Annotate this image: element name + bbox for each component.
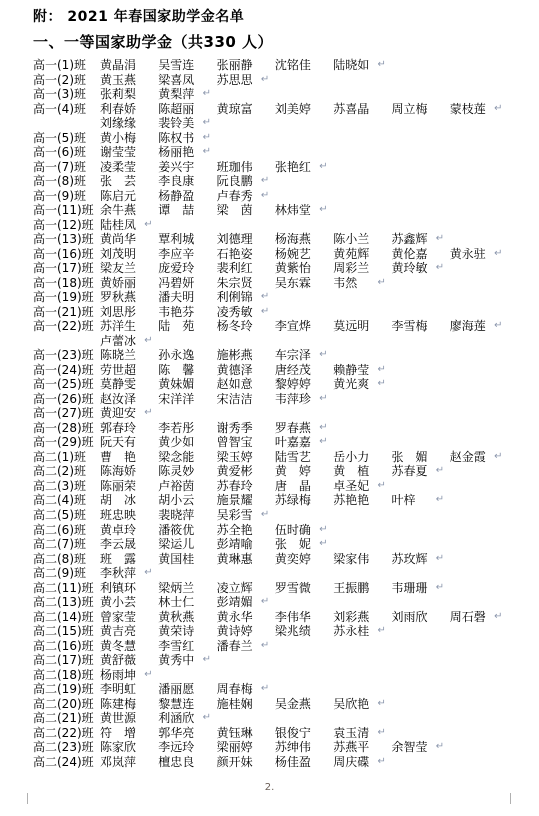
table-row: 高一(18)班黄娇丽冯碧妍朱宗贤吴东霖韦然↵ (33, 276, 533, 291)
student-name: 黄德泽 (217, 363, 275, 378)
paragraph-mark-icon: ↵ (319, 435, 327, 450)
student-name: 裴利红 (217, 261, 275, 276)
table-row: 高二(22)班符 增郭华亮黄钰琳银俊宁袁玉清↵ (33, 726, 533, 741)
table-row: 高二(19)班李明虹潘丽愿周春梅↵ (33, 682, 533, 697)
paragraph-mark-icon: ↵ (494, 247, 502, 262)
class-label: 高二(23)班 (33, 740, 100, 755)
student-name: 王振鹏 (333, 581, 391, 596)
table-row: 高二(3)班陈丽荣卢裕茵苏春玲唐 晶卓圣妃↵ (33, 479, 533, 494)
student-name: 潘丽愿 (158, 682, 216, 697)
student-name: 陈灵妙 (158, 464, 216, 479)
student-name: 曾智宝 (217, 435, 275, 450)
student-name: 颜开妹 (217, 755, 275, 770)
class-label: 高二(21)班 (33, 711, 100, 726)
student-name: 黄奕婷 (275, 552, 333, 567)
class-label: 高二(24)班 (33, 755, 100, 770)
table-row: 高一(26)班赵汝泽宋洋洋宋洁洁韦萍珍↵ (33, 392, 533, 407)
table-row: 高二(13)班黄小芸林士仁彭靖媚↵ (33, 595, 533, 610)
student-name: 刘思彤 (100, 305, 158, 320)
student-name: 冯碧妍 (158, 276, 216, 291)
table-row: 高一(1)班黄晶涓吴雪连张丽静沈铭佳陆晓如↵ (33, 58, 533, 73)
table-row: 高一(12)班陆桂凤↵ (33, 218, 533, 233)
class-label: 高一(8)班 (33, 174, 100, 189)
student-name: 杨冬玲 (217, 319, 275, 334)
class-label: 高二(5)班 (33, 508, 100, 523)
student-name: 石艳姿 (217, 247, 275, 262)
student-name: 宋洋洋 (158, 392, 216, 407)
margin-crop-mark-left (27, 793, 28, 804)
table-row: 高一(6)班谢莹莹杨丽艳↵ (33, 145, 533, 160)
paragraph-mark-icon: ↵ (203, 145, 211, 160)
table-row: 高一(8)班张 芸李良康阮良鹏↵ (33, 174, 533, 189)
table-row: 高一(25)班莫静雯黄妹媚赵如意黎婷婷黄光爽↵ (33, 377, 533, 392)
student-name: 莫静雯 (100, 377, 158, 392)
class-label: 高二(9)班 (33, 566, 100, 581)
class-label: 高一(19)班 (33, 290, 100, 305)
student-name: 黎慧连 (158, 697, 216, 712)
student-name: 施景耀 (217, 493, 275, 508)
class-label: 高一(25)班 (33, 377, 100, 392)
student-name: 胡 冰 (100, 493, 158, 508)
student-name: 梁念能 (158, 450, 216, 465)
paragraph-mark-icon: ↵ (144, 334, 152, 349)
student-name: 彭靖喻 (217, 537, 275, 552)
student-name: 杨海燕 (275, 232, 333, 247)
table-row: 高一(5)班黄小梅陈权书↵ (33, 131, 533, 146)
student-name: 庞爱玲 (158, 261, 216, 276)
student-name: 黄舒薇 (100, 653, 158, 668)
student-name: 黄娇丽 (100, 276, 158, 291)
class-label: 高二(4)班 (33, 493, 100, 508)
paragraph-mark-icon: ↵ (377, 624, 385, 639)
class-label: 高一(11)班 (33, 203, 100, 218)
class-label: 高二(19)班 (33, 682, 100, 697)
document-page: 附： 2021 年春国家助学金名单 一、一等国家助学金（共330 人） 高一(1… (0, 0, 539, 816)
paragraph-mark-icon: ↵ (203, 131, 211, 146)
paragraph-mark-icon: ↵ (436, 261, 444, 276)
table-row: 高一(27)班黄迎安↵ (33, 406, 533, 421)
table-row: 高一(2)班黄玉燕梁喜凤苏思思↵ (33, 73, 533, 88)
paragraph-mark-icon: ↵ (319, 421, 327, 436)
paragraph-mark-icon: ↵ (261, 73, 269, 88)
student-name: 班珈伟 (217, 160, 275, 175)
student-name: 黄国桂 (158, 552, 216, 567)
student-name: 班忠映 (100, 508, 158, 523)
student-name: 张 媚 (391, 450, 449, 465)
student-name: 黄诗婷 (217, 624, 275, 639)
class-label: 高二(7)班 (33, 537, 100, 552)
student-name: 黄琼富 (217, 102, 275, 117)
table-row: 高二(21)班黄世源利涵欣↵ (33, 711, 533, 726)
table-row: 高一(17)班梁友兰庞爱玲裴利红黄紫怡周彩兰黄玲敏↵ (33, 261, 533, 276)
paragraph-mark-icon: ↵ (436, 552, 444, 567)
student-name: 利镇环 (100, 581, 158, 596)
paragraph-mark-icon: ↵ (261, 305, 269, 320)
class-label: 高二(22)班 (33, 726, 100, 741)
student-name: 刘美婷 (275, 102, 333, 117)
paragraph-mark-icon: ↵ (494, 319, 502, 334)
student-name: 黄卓玲 (100, 523, 158, 538)
student-name: 陈家欣 (100, 740, 158, 755)
table-row: 高一(13)班黄尚华覃利城刘德理杨海燕陈小兰苏鑫辉↵ (33, 232, 533, 247)
student-name: 李良康 (158, 174, 216, 189)
student-name: 符 增 (100, 726, 158, 741)
student-name: 黎婷婷 (275, 377, 333, 392)
student-name: 陈海娇 (100, 464, 158, 479)
student-name: 邓岚萍 (100, 755, 158, 770)
paragraph-mark-icon: ↵ (261, 290, 269, 305)
student-name: 赵如意 (217, 377, 275, 392)
student-name: 黄世源 (100, 711, 158, 726)
student-name: 黄琳惠 (217, 552, 275, 567)
table-row: 高一(19)班罗秋燕潘夫明利俐锦↵ (33, 290, 533, 305)
student-name: 苏绿梅 (275, 493, 333, 508)
paragraph-mark-icon: ↵ (261, 639, 269, 654)
student-name: 杨静盈 (158, 189, 216, 204)
student-name: 赵汝泽 (100, 392, 158, 407)
table-row: 高二(15)班黄吉亮黄荣诗黄诗婷梁兆绩苏永桂↵ (33, 624, 533, 639)
student-name: 陈晓兰 (100, 348, 158, 363)
student-name: 孙永逸 (158, 348, 216, 363)
student-name: 黄苑辉 (333, 247, 391, 262)
paragraph-mark-icon: ↵ (144, 668, 152, 683)
paragraph-mark-icon: ↵ (319, 523, 327, 538)
paragraph-mark-icon: ↵ (203, 116, 211, 131)
student-name: 梁炳兰 (158, 581, 216, 596)
student-name: 银俊宁 (275, 726, 333, 741)
paragraph-mark-icon: ↵ (494, 610, 502, 625)
table-row: 高一(22)班苏洋生陆 苑杨冬玲李宣烨莫远明李雪梅廖海莲↵ (33, 319, 533, 334)
student-name: 陈 馨 (158, 363, 216, 378)
student-name: 梁玉婷 (217, 450, 275, 465)
class-label: 高二(16)班 (33, 639, 100, 654)
paragraph-mark-icon: ↵ (203, 653, 211, 668)
student-name: 罗秋燕 (100, 290, 158, 305)
student-name: 张 芸 (100, 174, 158, 189)
student-name: 陈建梅 (100, 697, 158, 712)
table-row: 高一(3)班张莉梨黄梨萍↵ (33, 87, 533, 102)
paragraph-mark-icon: ↵ (436, 493, 444, 508)
paragraph-mark-icon: ↵ (319, 348, 327, 363)
class-label: 高一(5)班 (33, 131, 100, 146)
class-label: 高一(1)班 (33, 58, 100, 73)
table-row: 高一(7)班凌柔莹姜兴宇班珈伟张艳红↵ (33, 160, 533, 175)
student-name: 刘雨欣 (391, 610, 449, 625)
student-name: 陈小兰 (333, 232, 391, 247)
table-row: 高二(23)班陈家欣李远玲梁丽婷苏绅伟苏燕平余智莹↵ (33, 740, 533, 755)
table-row: 高一(23)班陈晓兰孙永逸施彬燕车宗泽↵ (33, 348, 533, 363)
student-name: 梁兆绩 (275, 624, 333, 639)
student-name: 李云晟 (100, 537, 158, 552)
student-name: 凌柔莹 (100, 160, 158, 175)
student-name: 苏绅伟 (275, 740, 333, 755)
paragraph-mark-icon: ↵ (144, 406, 152, 421)
document-title: 附： 2021 年春国家助学金名单 (33, 6, 244, 26)
student-name: 黄荣诗 (158, 624, 216, 639)
student-name: 李应辛 (158, 247, 216, 262)
student-name: 苏洋生 (100, 319, 158, 334)
class-label: 高一(12)班 (33, 218, 100, 233)
student-name: 苏燕平 (333, 740, 391, 755)
paragraph-mark-icon: ↵ (436, 232, 444, 247)
table-row: 高二(9)班李秋萍↵ (33, 566, 533, 581)
paragraph-mark-icon: ↵ (436, 740, 444, 755)
class-label: 高一(18)班 (33, 276, 100, 291)
paragraph-mark-icon: ↵ (261, 508, 269, 523)
student-name: 梁友兰 (100, 261, 158, 276)
paragraph-mark-icon: ↵ (377, 479, 385, 494)
student-name: 杨婉艺 (275, 247, 333, 262)
student-name: 黄吉亮 (100, 624, 158, 639)
table-row: 高二(16)班黄冬慧李雪红潘春兰↵ (33, 639, 533, 654)
class-label: 高一(21)班 (33, 305, 100, 320)
class-label: 高二(6)班 (33, 523, 100, 538)
class-label: 高一(28)班 (33, 421, 100, 436)
student-name: 李明虹 (100, 682, 158, 697)
student-name: 莫远明 (333, 319, 391, 334)
paragraph-mark-icon: ↵ (203, 711, 211, 726)
student-name: 阮天有 (100, 435, 158, 450)
student-name: 李雪红 (158, 639, 216, 654)
table-row: 高二(5)班班忠映裴晓萍吴彩雪↵ (33, 508, 533, 523)
paragraph-mark-icon: ↵ (261, 189, 269, 204)
class-label: 高二(3)班 (33, 479, 100, 494)
student-name: 杨佳盈 (275, 755, 333, 770)
table-row: 高一(11)班余牛燕谭 喆梁 茵林炜堂↵ (33, 203, 533, 218)
paragraph-mark-icon: ↵ (261, 595, 269, 610)
student-name: 罗雪微 (275, 581, 333, 596)
class-label: 高一(13)班 (33, 232, 100, 247)
student-name: 张莉梨 (100, 87, 158, 102)
paragraph-mark-icon: ↵ (377, 726, 385, 741)
student-name: 刘彩燕 (333, 610, 391, 625)
class-label: 高一(29)班 (33, 435, 100, 450)
student-name: 陆雪艺 (275, 450, 333, 465)
paragraph-mark-icon: ↵ (261, 682, 269, 697)
student-name: 黄玉燕 (100, 73, 158, 88)
student-name: 周彩兰 (333, 261, 391, 276)
student-name: 施桂娴 (217, 697, 275, 712)
student-name: 吴东霖 (275, 276, 333, 291)
class-label: 高一(4)班 (33, 102, 100, 117)
student-name: 黄妹媚 (158, 377, 216, 392)
student-name: 梁运儿 (158, 537, 216, 552)
student-name: 潘夫明 (158, 290, 216, 305)
student-name: 谭 喆 (158, 203, 216, 218)
student-name: 谢秀季 (217, 421, 275, 436)
student-name: 黄永华 (217, 610, 275, 625)
student-name: 周立梅 (391, 102, 449, 117)
class-label: 高一(23)班 (33, 348, 100, 363)
class-label: 高二(15)班 (33, 624, 100, 639)
paragraph-mark-icon: ↵ (203, 87, 211, 102)
table-row: 高二(7)班李云晟梁运儿彭靖喻张 妮↵ (33, 537, 533, 552)
class-label: 高二(20)班 (33, 697, 100, 712)
class-label: 高一(2)班 (33, 73, 100, 88)
student-name: 黄 婷 (275, 464, 333, 479)
class-label: 高二(13)班 (33, 595, 100, 610)
student-name: 黄少如 (158, 435, 216, 450)
student-name: 胡小云 (158, 493, 216, 508)
student-name: 劳世超 (100, 363, 158, 378)
class-label: 高二(14)班 (33, 610, 100, 625)
table-row: 高一(21)班刘思彤韦艳芬凌秀敏↵ (33, 305, 533, 320)
class-label: 高一(26)班 (33, 392, 100, 407)
student-name: 朱宗贤 (217, 276, 275, 291)
table-row: 高二(2)班陈海娇陈灵妙黄爱彬黄 婷黄 植苏春夏↵ (33, 464, 533, 479)
student-name: 黄小芸 (100, 595, 158, 610)
student-name: 沈铭佳 (275, 58, 333, 73)
student-name: 梁丽婷 (217, 740, 275, 755)
paragraph-mark-icon: ↵ (377, 276, 385, 291)
table-row: 高二(14)班曾家莹黄秋燕黄永华李伟华刘彩燕刘雨欣周石磬↵ (33, 610, 533, 625)
paragraph-mark-icon: ↵ (144, 218, 152, 233)
student-name: 黄伦嘉 (391, 247, 449, 262)
paragraph-mark-icon: ↵ (144, 566, 152, 581)
student-name: 韦艳芬 (158, 305, 216, 320)
class-label: 高二(8)班 (33, 552, 100, 567)
table-row: 高一(16)班刘茂明李应辛石艳姿杨婉艺黄苑辉黄伦嘉黄永驻↵ (33, 247, 533, 262)
student-name: 苏喜晶 (333, 102, 391, 117)
table-row: 高一(24)班劳世超陈 馨黄德泽唐经茂赖静莹↵ (33, 363, 533, 378)
class-label: 高一(24)班 (33, 363, 100, 378)
student-name: 陈丽荣 (100, 479, 158, 494)
student-name: 苏全艳 (217, 523, 275, 538)
student-name: 李远玲 (158, 740, 216, 755)
paragraph-mark-icon: ↵ (319, 392, 327, 407)
class-label: 高一(3)班 (33, 87, 100, 102)
student-name: 黄紫怡 (275, 261, 333, 276)
table-row: 高二(20)班陈建梅黎慧连施桂娴吴金燕吴欣艳↵ (33, 697, 533, 712)
table-row: 高一(9)班陈启元杨静盈卢春秀↵ (33, 189, 533, 204)
table-row: 卢蕾冰↵ (33, 334, 533, 349)
student-name: 黄 植 (333, 464, 391, 479)
paragraph-mark-icon: ↵ (319, 537, 327, 552)
student-name: 裴晓萍 (158, 508, 216, 523)
student-name: 陈启元 (100, 189, 158, 204)
student-name: 曹 艳 (100, 450, 158, 465)
student-name: 梁喜凤 (158, 73, 216, 88)
student-name: 李若彤 (158, 421, 216, 436)
paragraph-mark-icon: ↵ (261, 174, 269, 189)
student-name: 苏艳艳 (333, 493, 391, 508)
table-row: 高二(11)班利镇环梁炳兰凌立辉罗雪微王振鹏韦珊珊↵ (33, 581, 533, 596)
class-label: 高一(22)班 (33, 319, 100, 334)
student-name: 唐经茂 (275, 363, 333, 378)
student-name: 苏春玲 (217, 479, 275, 494)
class-label: 高二(18)班 (33, 668, 100, 683)
class-label: 高一(9)班 (33, 189, 100, 204)
student-name: 李伟华 (275, 610, 333, 625)
student-name: 曾家莹 (100, 610, 158, 625)
student-name: 姜兴宇 (158, 160, 216, 175)
student-name: 陆 苑 (158, 319, 216, 334)
table-row: 刘缘缘裴铃美↵ (33, 116, 533, 131)
paragraph-mark-icon: ↵ (377, 363, 385, 378)
table-row: 高二(8)班班 露黄国桂黄琳惠黄奕婷梁家伟苏玫辉↵ (33, 552, 533, 567)
class-label: 高二(11)班 (33, 581, 100, 596)
student-name: 林士仁 (158, 595, 216, 610)
paragraph-mark-icon: ↵ (377, 755, 385, 770)
student-name: 黄秋燕 (158, 610, 216, 625)
student-name: 梁 茵 (217, 203, 275, 218)
paragraph-mark-icon: ↵ (436, 464, 444, 479)
student-name: 李宣烨 (275, 319, 333, 334)
class-label: 高一(17)班 (33, 261, 100, 276)
table-row: 高二(6)班黄卓玲潘筱优苏全艳伍时确↵ (33, 523, 533, 538)
section-heading: 一、一等国家助学金（共330 人） (33, 31, 273, 52)
class-label: 高一(16)班 (33, 247, 100, 262)
student-name: 施彬燕 (217, 348, 275, 363)
class-label: 高一(6)班 (33, 145, 100, 160)
paragraph-mark-icon: ↵ (377, 697, 385, 712)
paragraph-mark-icon: ↵ (494, 450, 502, 465)
student-name: 唐 晶 (275, 479, 333, 494)
student-name: 檀忠良 (158, 755, 216, 770)
class-label: 高二(1)班 (33, 450, 100, 465)
table-row: 高二(17)班黄舒薇黄秀中↵ (33, 653, 533, 668)
paragraph-mark-icon: ↵ (377, 377, 385, 392)
paragraph-mark-icon: ↵ (377, 58, 385, 73)
student-name: 余牛燕 (100, 203, 158, 218)
student-name: 吴金燕 (275, 697, 333, 712)
student-name: 覃利城 (158, 232, 216, 247)
student-name: 宋洁洁 (217, 392, 275, 407)
student-name: 刘茂明 (100, 247, 158, 262)
class-label: 高二(2)班 (33, 464, 100, 479)
table-row: 高二(1)班曹 艳梁念能梁玉婷陆雪艺岳小力张 媚赵金霞↵ (33, 450, 533, 465)
margin-crop-mark-right (510, 793, 511, 804)
student-name: 黄钰琳 (217, 726, 275, 741)
paragraph-mark-icon: ↵ (436, 581, 444, 596)
student-name: 卢裕茵 (158, 479, 216, 494)
student-name: 刘缘缘 (100, 116, 158, 131)
student-name: 岳小力 (333, 450, 391, 465)
student-name: 班 露 (100, 552, 158, 567)
table-row: 高一(4)班利春娇陈超丽黄琼富刘美婷苏喜晶周立梅蒙枝莲↵ (33, 102, 533, 117)
student-name: 潘筱优 (158, 523, 216, 538)
class-label: 高一(7)班 (33, 160, 100, 175)
student-name: 利春娇 (100, 102, 158, 117)
student-name: 吴雪连 (158, 58, 216, 73)
class-label: 高一(27)班 (33, 406, 100, 421)
student-name: 陈超丽 (158, 102, 216, 117)
paragraph-mark-icon: ↵ (319, 160, 327, 175)
table-row: 高一(29)班阮天有黄少如曾智宝叶嘉嘉↵ (33, 435, 533, 450)
student-name: 凌立辉 (217, 581, 275, 596)
student-name: 郭华亮 (158, 726, 216, 741)
student-name: 黄冬慧 (100, 639, 158, 654)
page-number: 2. (0, 782, 539, 793)
student-name: 李雪梅 (391, 319, 449, 334)
table-row: 高二(18)班杨雨坤↵ (33, 668, 533, 683)
class-label: 高二(17)班 (33, 653, 100, 668)
student-name: 黄晶涓 (100, 58, 158, 73)
student-name: 谢莹莹 (100, 145, 158, 160)
table-row: 高二(4)班胡 冰胡小云施景耀苏绿梅苏艳艳叶梓↵ (33, 493, 533, 508)
student-name: 黄尚华 (100, 232, 158, 247)
student-name: 梁家伟 (333, 552, 391, 567)
student-name: 郭春玲 (100, 421, 158, 436)
roster-table: 高一(1)班黄晶涓吴雪连张丽静沈铭佳陆晓如↵高一(2)班黄玉燕梁喜凤苏思思↵高一… (33, 58, 533, 769)
student-name: 张丽静 (217, 58, 275, 73)
paragraph-mark-icon: ↵ (319, 203, 327, 218)
table-row: 高一(28)班郭春玲李若彤谢秀季罗春燕↵ (33, 421, 533, 436)
student-name: 黄小梅 (100, 131, 158, 146)
paragraph-mark-icon: ↵ (494, 102, 502, 117)
student-name: 黄爱彬 (217, 464, 275, 479)
student-name: 刘德理 (217, 232, 275, 247)
